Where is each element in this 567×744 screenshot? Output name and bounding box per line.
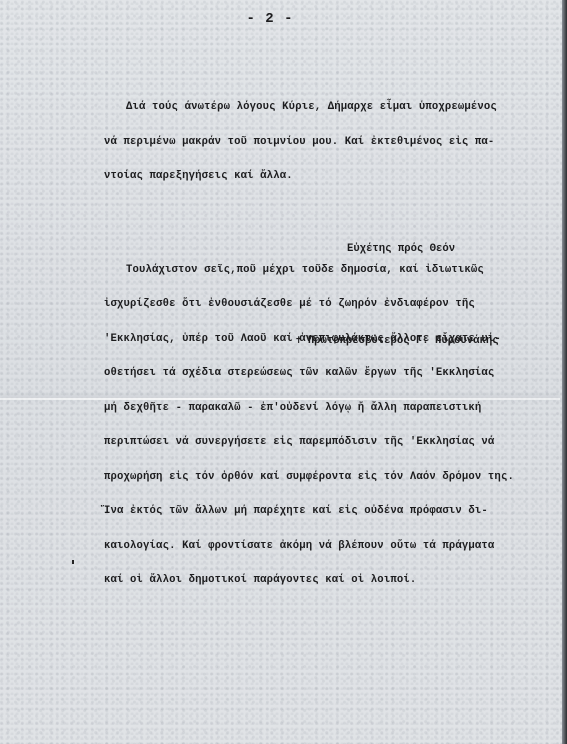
text-line: Ἵνα ἐκτός τῶν ἄλλων μή παρέχητε καί εἰς … — [104, 506, 554, 518]
signature-line: ✝Πρωτοπρεσβύτερος Γ. Πυρουνάκης — [270, 322, 499, 359]
cross-icon: ✝ — [295, 334, 301, 347]
ink-speck — [72, 560, 74, 564]
text-line: περιπτώσει νά συνεργήσετε εἰς παρεμπόδισ… — [104, 437, 554, 449]
text-line: καιολογίας. Καί φροντίσατε ἀκόμη νά βλέπ… — [104, 541, 554, 553]
closing-salutation: Εὐχέτης πρός Θεόν — [347, 243, 455, 255]
paragraph-2: Τουλάχιστον σεῖς,ποῦ μέχρι τοῦδε δημοσία… — [104, 242, 554, 610]
text-line: Τουλάχιστον σεῖς,ποῦ μέχρι τοῦδε δημοσία… — [104, 265, 554, 277]
text-line: νά περιμένω μακράν τοῦ ποιμνίου μου. Καί… — [104, 137, 554, 149]
text-line: ἰσχυρίζεσθε ὅτι ἐνθουσιάζεσθε μέ τό ζωηρ… — [104, 299, 554, 311]
scan-edge-shadow — [562, 0, 567, 744]
text-line: καί οἱ ἄλλοι δημοτικοί παράγοντες καί οἱ… — [104, 575, 554, 587]
signatory-name: Πρωτοπρεσβύτερος Γ. Πυρουνάκης — [308, 335, 499, 347]
paragraph-1: Διά τούς άνωτέρω λόγους Κύριε, Δήμαρχε ε… — [104, 79, 554, 206]
text-line: οθετήσει τά σχέδια στερεώσεως τῶν καλῶν … — [104, 368, 554, 380]
text-line: Διά τούς άνωτέρω λόγους Κύριε, Δήμαρχε ε… — [104, 102, 554, 114]
scanned-letter-page: - 2 - Διά τούς άνωτέρω λόγους Κύριε, Δήμ… — [0, 0, 567, 744]
text-line: μή δεχθῆτε - παρακαλῶ - ἐπ'οὐδενί λόγῳ ἤ… — [104, 403, 554, 415]
text-line: προχωρήση εἰς τόν ὀρθόν καί συμφέροντα ε… — [104, 472, 554, 484]
text-line: ντοίας παρεξηγήσεις καί ἄλλα. — [104, 171, 554, 183]
page-number: - 2 - — [0, 11, 540, 27]
